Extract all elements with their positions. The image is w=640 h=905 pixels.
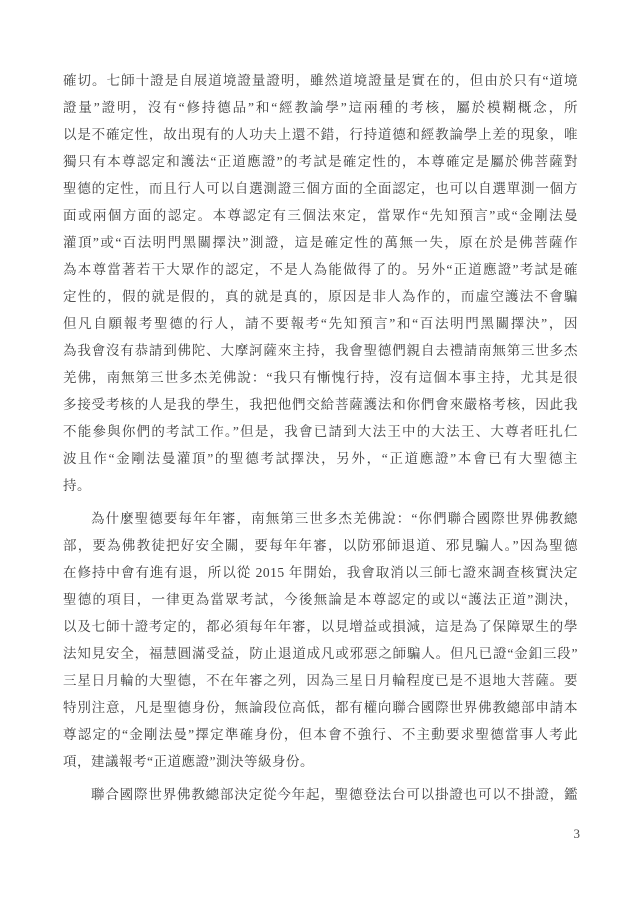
text-line: 三星日月輪的大聖德，不在年審之列，因為三星日月輪程度已是不退地大菩薩。要 bbox=[63, 667, 578, 694]
text-line: 尊認定的“金剛法曼”擇定準確身份，但本會不強行、不主動要求聖德當事人考此 bbox=[63, 721, 578, 748]
text-line: 多接受考核的人是我的學生，我把他們交給菩薩護法和你們會來嚴格考核，因此我 bbox=[63, 391, 578, 418]
text-line: 聖德的項目，一律更為當眾考試，今後無論是本尊認定的或以“護法正道”測決， bbox=[63, 586, 578, 613]
text-line: 聖德的定性，而且行人可以自選測證三個方面的全面認定，也可以自選單測一個方 bbox=[63, 175, 578, 202]
text-line: 以是不確定性，故出現有的人功夫上還不錯，行持道德和經教論學上差的現象，唯 bbox=[63, 121, 578, 148]
text-line: 項，建議報考“正道應證”測決等級身份。 bbox=[63, 748, 578, 775]
text-line: 以及七師十證考定的，都必須每年年審，以見增益或損減，這是為了保障眾生的學 bbox=[63, 613, 578, 640]
text-line: 羌佛，南無第三世多杰羌佛說：“我只有慚愧行持，沒有這個本事主持，尤其是很 bbox=[63, 364, 578, 391]
text-line: 定性的，假的就是假的，真的就是真的，原因是非人為作的，而虛空護法不會騙人。 bbox=[63, 283, 578, 310]
text-line: 為什麼聖德要每年年審，南無第三世多杰羌佛說：“你們聯合國際世界佛教總 bbox=[63, 505, 578, 532]
text-line: 法知見安全，福慧圓滿受益，防止退道成凡或邪惡之師騙人。但凡已證“金釦三段” bbox=[63, 640, 578, 667]
text-line: 波且作“金剛法曼灌頂”的聖德考試擇決，另外，“正道應證”本會已有大聖德主 bbox=[63, 445, 578, 472]
page-number: 3 bbox=[574, 824, 581, 844]
text-line: 但凡自願報考聖德的行人，請不要報考“先知預言”和“百法明門黑關擇決”，因 bbox=[63, 310, 578, 337]
text-line: 持。 bbox=[63, 472, 578, 499]
text-line: 特別注意，凡是聖德身份，無論段位高低，都有權向聯合國際世界佛教總部申請本 bbox=[63, 694, 578, 721]
text-line: 灌頂”或“百法明門黑關擇決”測證，這是確定性的萬無一失，原在於是佛菩薩作 bbox=[63, 229, 578, 256]
text-line: 獨只有本尊認定和護法“正道應證”的考試是確定性的，本尊確定是屬於佛菩薩對 bbox=[63, 148, 578, 175]
paragraph-3: 聯合國際世界佛教總部決定從今年起，聖德登法台可以掛證也可以不掛證，鑑 bbox=[63, 781, 578, 808]
text-line: 面或兩個方面的認定。本尊認定有三個法來定，當眾作“先知預言”或“金剛法曼 bbox=[63, 202, 578, 229]
document-page: 確切。七師十證是自展道境證量證明，雖然道境證量是實在的，但由於只有“道境證量”證… bbox=[0, 0, 640, 905]
text-line: 在修持中會有進有退，所以從 2015 年開始，我會取消以三師七證來調查核實決定 bbox=[63, 559, 578, 586]
text-line: 不能參與你們的考試工作。”但是，我會已請到大法王中的大法王、大尊者旺扎仁 bbox=[63, 418, 578, 445]
body-text: 確切。七師十證是自展道境證量證明，雖然道境證量是實在的，但由於只有“道境證量”證… bbox=[63, 67, 578, 808]
text-line: 為本尊當著若干大眾作的認定，不是人為能做得了的。另外“正道應證”考試是確 bbox=[63, 256, 578, 283]
text-line: 聯合國際世界佛教總部決定從今年起，聖德登法台可以掛證也可以不掛證，鑑 bbox=[63, 781, 578, 808]
text-line: 部，要為佛教徒把好安全關，要每年年審，以防邪師退道、邪見騙人。”因為聖德 bbox=[63, 532, 578, 559]
text-line: 為我會沒有恭請到佛陀、大摩訶薩來主持，我會聖德們親自去禮請南無第三世多杰 bbox=[63, 337, 578, 364]
text-line: 證量”證明，沒有“修持德品”和“經教論學”這兩種的考核，屬於模糊概念，所 bbox=[63, 94, 578, 121]
text-line: 確切。七師十證是自展道境證量證明，雖然道境證量是實在的，但由於只有“道境 bbox=[63, 67, 578, 94]
paragraph-1: 確切。七師十證是自展道境證量證明，雖然道境證量是實在的，但由於只有“道境證量”證… bbox=[63, 67, 578, 499]
paragraph-2: 為什麼聖德要每年年審，南無第三世多杰羌佛說：“你們聯合國際世界佛教總部，要為佛教… bbox=[63, 505, 578, 775]
